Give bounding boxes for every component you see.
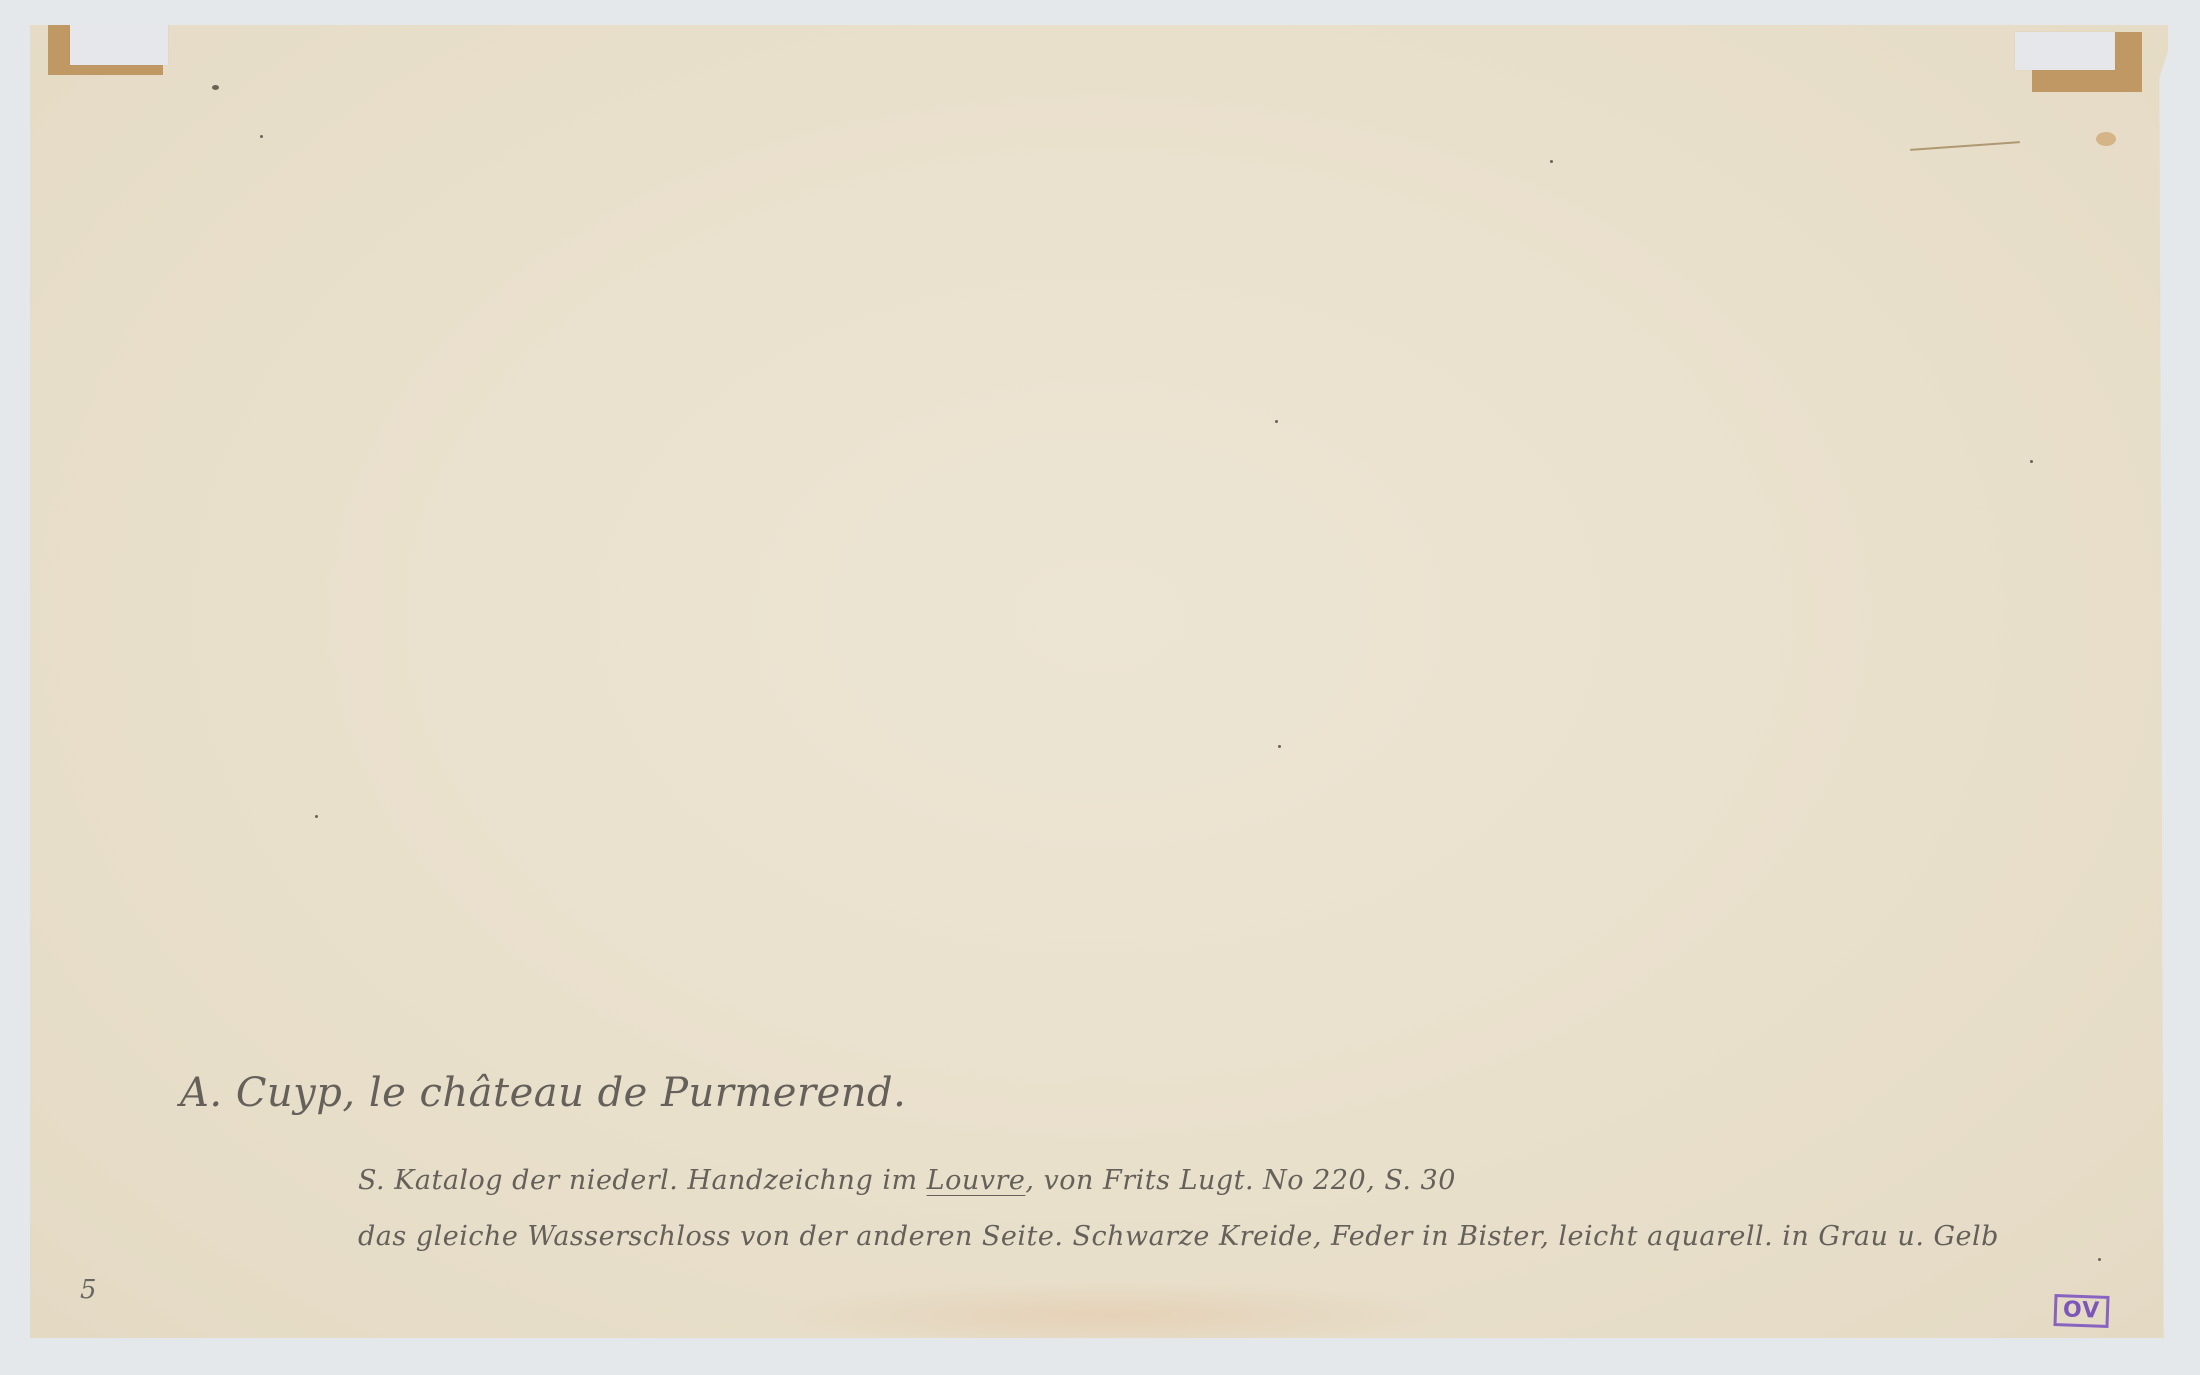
speck [260, 135, 263, 138]
inscription-line-2-suffix: , von Frits Lugt. No 220, S. 30 [1025, 1165, 1456, 1196]
paper-sheet: A. Cuyp, le château de Purmerend. S. Kat… [30, 25, 2168, 1338]
stain-top-right [2096, 132, 2116, 146]
speck [2030, 460, 2033, 463]
faint-stain [760, 1280, 1460, 1350]
inscription-louvre-underlined: Louvre [927, 1165, 1026, 1196]
hinge-tape-right-white [2015, 32, 2115, 70]
inscription-line-2: S. Katalog der niederl. Handzeichng im L… [358, 1165, 1456, 1196]
speck [315, 815, 318, 818]
hinge-tape-left-white [70, 25, 168, 65]
inscription-line-3: das gleiche Wasserschloss von der andere… [358, 1221, 1999, 1252]
scratch-top-right [1910, 141, 2020, 151]
inscription-line-2-prefix: S. Katalog der niederl. Handzeichng im [358, 1165, 927, 1196]
speck [1550, 160, 1553, 163]
speck [212, 85, 219, 90]
collector-stamp: OV [2053, 1294, 2109, 1328]
speck [1278, 745, 1281, 748]
corner-number: 5 [80, 1275, 97, 1305]
speck [2098, 1258, 2101, 1261]
speck [1275, 420, 1278, 423]
inscription-line-1: A. Cuyp, le château de Purmerend. [180, 1070, 906, 1116]
